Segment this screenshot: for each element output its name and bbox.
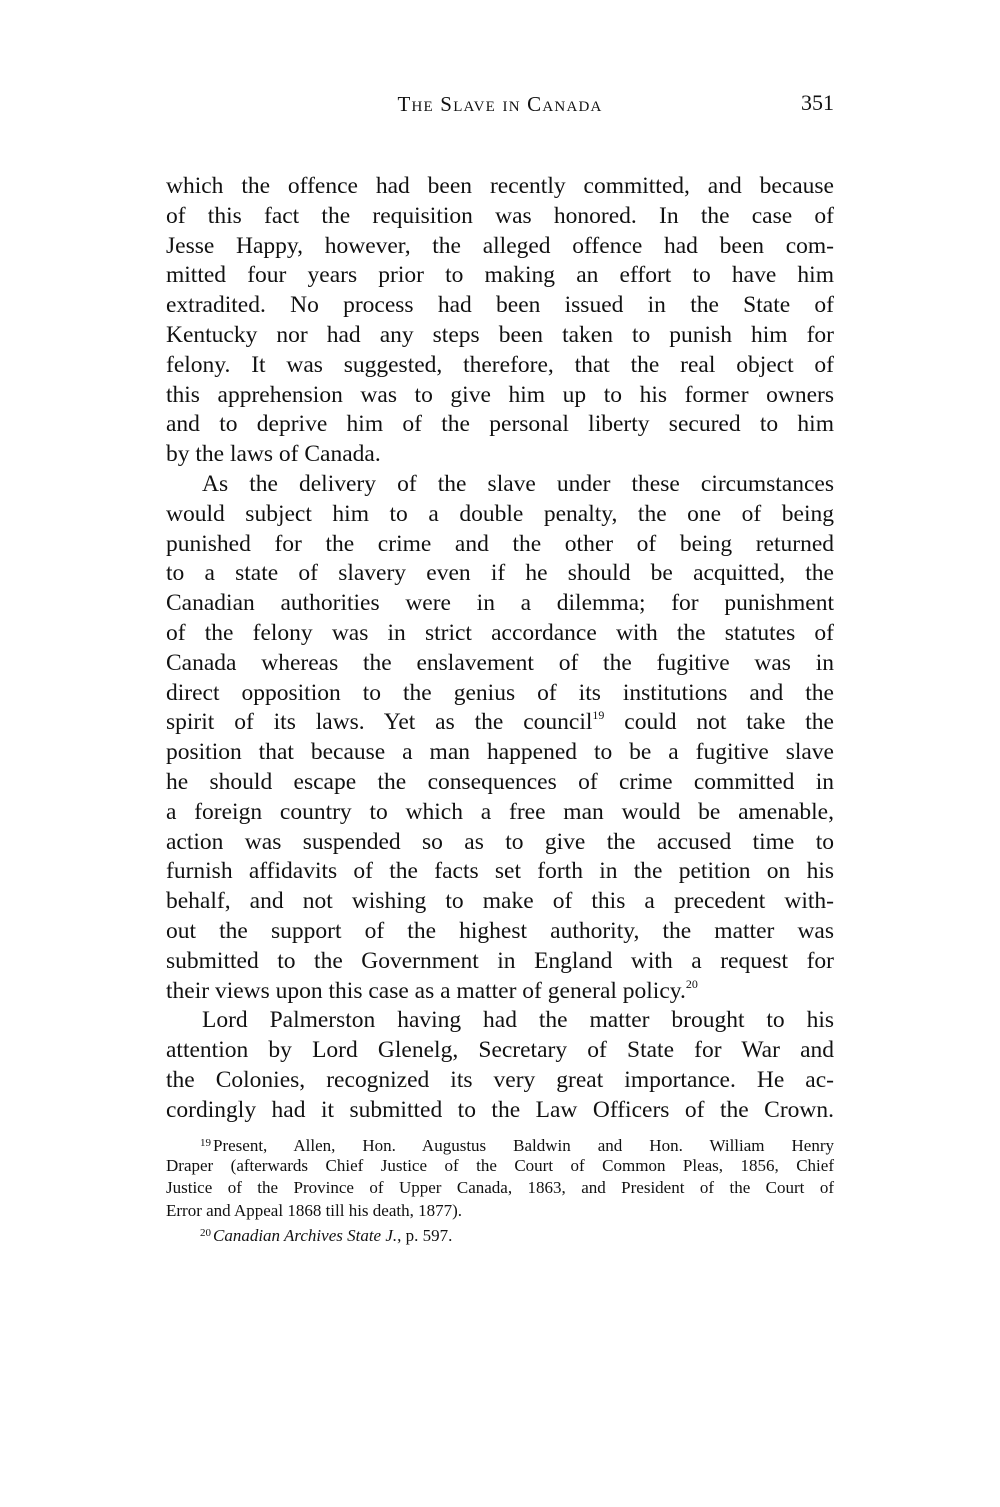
footnote-text: Present, Allen, Hon. Augustus Baldwin an… xyxy=(213,1136,834,1155)
citation-page: , p. 597. xyxy=(397,1226,452,1245)
page-number: 351 xyxy=(801,90,834,116)
text-segment: spirit of its laws. Yet as the council xyxy=(166,709,592,735)
text-line: of this fact the requisition was honored… xyxy=(166,202,834,232)
text-line: he should escape the consequences of cri… xyxy=(166,768,834,798)
text-line: Canada whereas the enslavement of the fu… xyxy=(166,649,834,679)
text-line: would subject him to a double penalty, t… xyxy=(166,500,834,530)
text-line: extradited. No process had been issued i… xyxy=(166,291,834,321)
document-page: The Slave in Canada 351 which the offenc… xyxy=(0,0,1000,1507)
text-line: to a state of slavery even if he should … xyxy=(166,559,834,589)
text-line: felony. It was suggested, therefore, tha… xyxy=(166,351,834,381)
footnote-line: Justice of the Province of Upper Canada,… xyxy=(166,1177,834,1200)
text-line: attention by Lord Glenelg, Secretary of … xyxy=(166,1036,834,1066)
text-line: out the support of the highest authority… xyxy=(166,917,834,947)
footnote-19: 19Present, Allen, Hon. Augustus Baldwin … xyxy=(166,1132,834,1155)
text-line: behalf, and not wishing to make of this … xyxy=(166,887,834,917)
text-line: cordingly had it submitted to the Law Of… xyxy=(166,1096,834,1126)
body-text: which the offence had been recently comm… xyxy=(166,172,834,1126)
text-line: Jesse Happy, however, the alleged offenc… xyxy=(166,232,834,262)
running-head: The Slave in Canada 351 xyxy=(166,90,834,120)
text-line: mitted four years prior to making an eff… xyxy=(166,261,834,291)
running-title: The Slave in Canada xyxy=(166,92,834,117)
text-line: of the felony was in strict accordance w… xyxy=(166,619,834,649)
text-line: by the laws of Canada. xyxy=(166,440,834,470)
text-line: position that because a man happened to … xyxy=(166,738,834,768)
text-line: furnish affidavits of the facts set fort… xyxy=(166,857,834,887)
text-segment: could not take the xyxy=(604,709,834,735)
text-line: As the delivery of the slave under these… xyxy=(166,470,834,500)
footnote-ref-19[interactable]: 19 xyxy=(592,708,604,722)
text-line-with-footnote-ref: spirit of its laws. Yet as the council19… xyxy=(166,708,834,738)
citation-title: Canadian Archives State J. xyxy=(213,1226,397,1245)
footnote-ref-20[interactable]: 20 xyxy=(686,977,698,991)
text-line: Lord Palmerston having had the matter br… xyxy=(166,1006,834,1036)
text-line: and to deprive him of the personal liber… xyxy=(166,410,834,440)
text-line-with-footnote-ref: their views upon this case as a matter o… xyxy=(166,977,834,1007)
text-line: Canadian authorities were in a dilemma; … xyxy=(166,589,834,619)
footnotes: 19Present, Allen, Hon. Augustus Baldwin … xyxy=(166,1132,834,1245)
footnote-mark: 19 xyxy=(200,1137,211,1149)
footnote-line: Error and Appeal 1868 till his death, 18… xyxy=(166,1200,834,1223)
text-segment: their views upon this case as a matter o… xyxy=(166,978,686,1004)
text-line: this apprehension was to give him up to … xyxy=(166,381,834,411)
text-line: a foreign country to which a free man wo… xyxy=(166,798,834,828)
footnote-20: 20Canadian Archives State J., p. 597. xyxy=(166,1222,834,1245)
text-line: which the offence had been recently comm… xyxy=(166,172,834,202)
text-line: punished for the crime and the other of … xyxy=(166,530,834,560)
text-line: submitted to the Government in England w… xyxy=(166,947,834,977)
text-line: direct opposition to the genius of its i… xyxy=(166,679,834,709)
footnote-mark: 20 xyxy=(200,1227,211,1239)
text-line: Kentucky nor had any steps been taken to… xyxy=(166,321,834,351)
text-line: action was suspended so as to give the a… xyxy=(166,828,834,858)
footnote-line: Draper (afterwards Chief Justice of the … xyxy=(166,1155,834,1178)
text-line: the Colonies, recognized its very great … xyxy=(166,1066,834,1096)
